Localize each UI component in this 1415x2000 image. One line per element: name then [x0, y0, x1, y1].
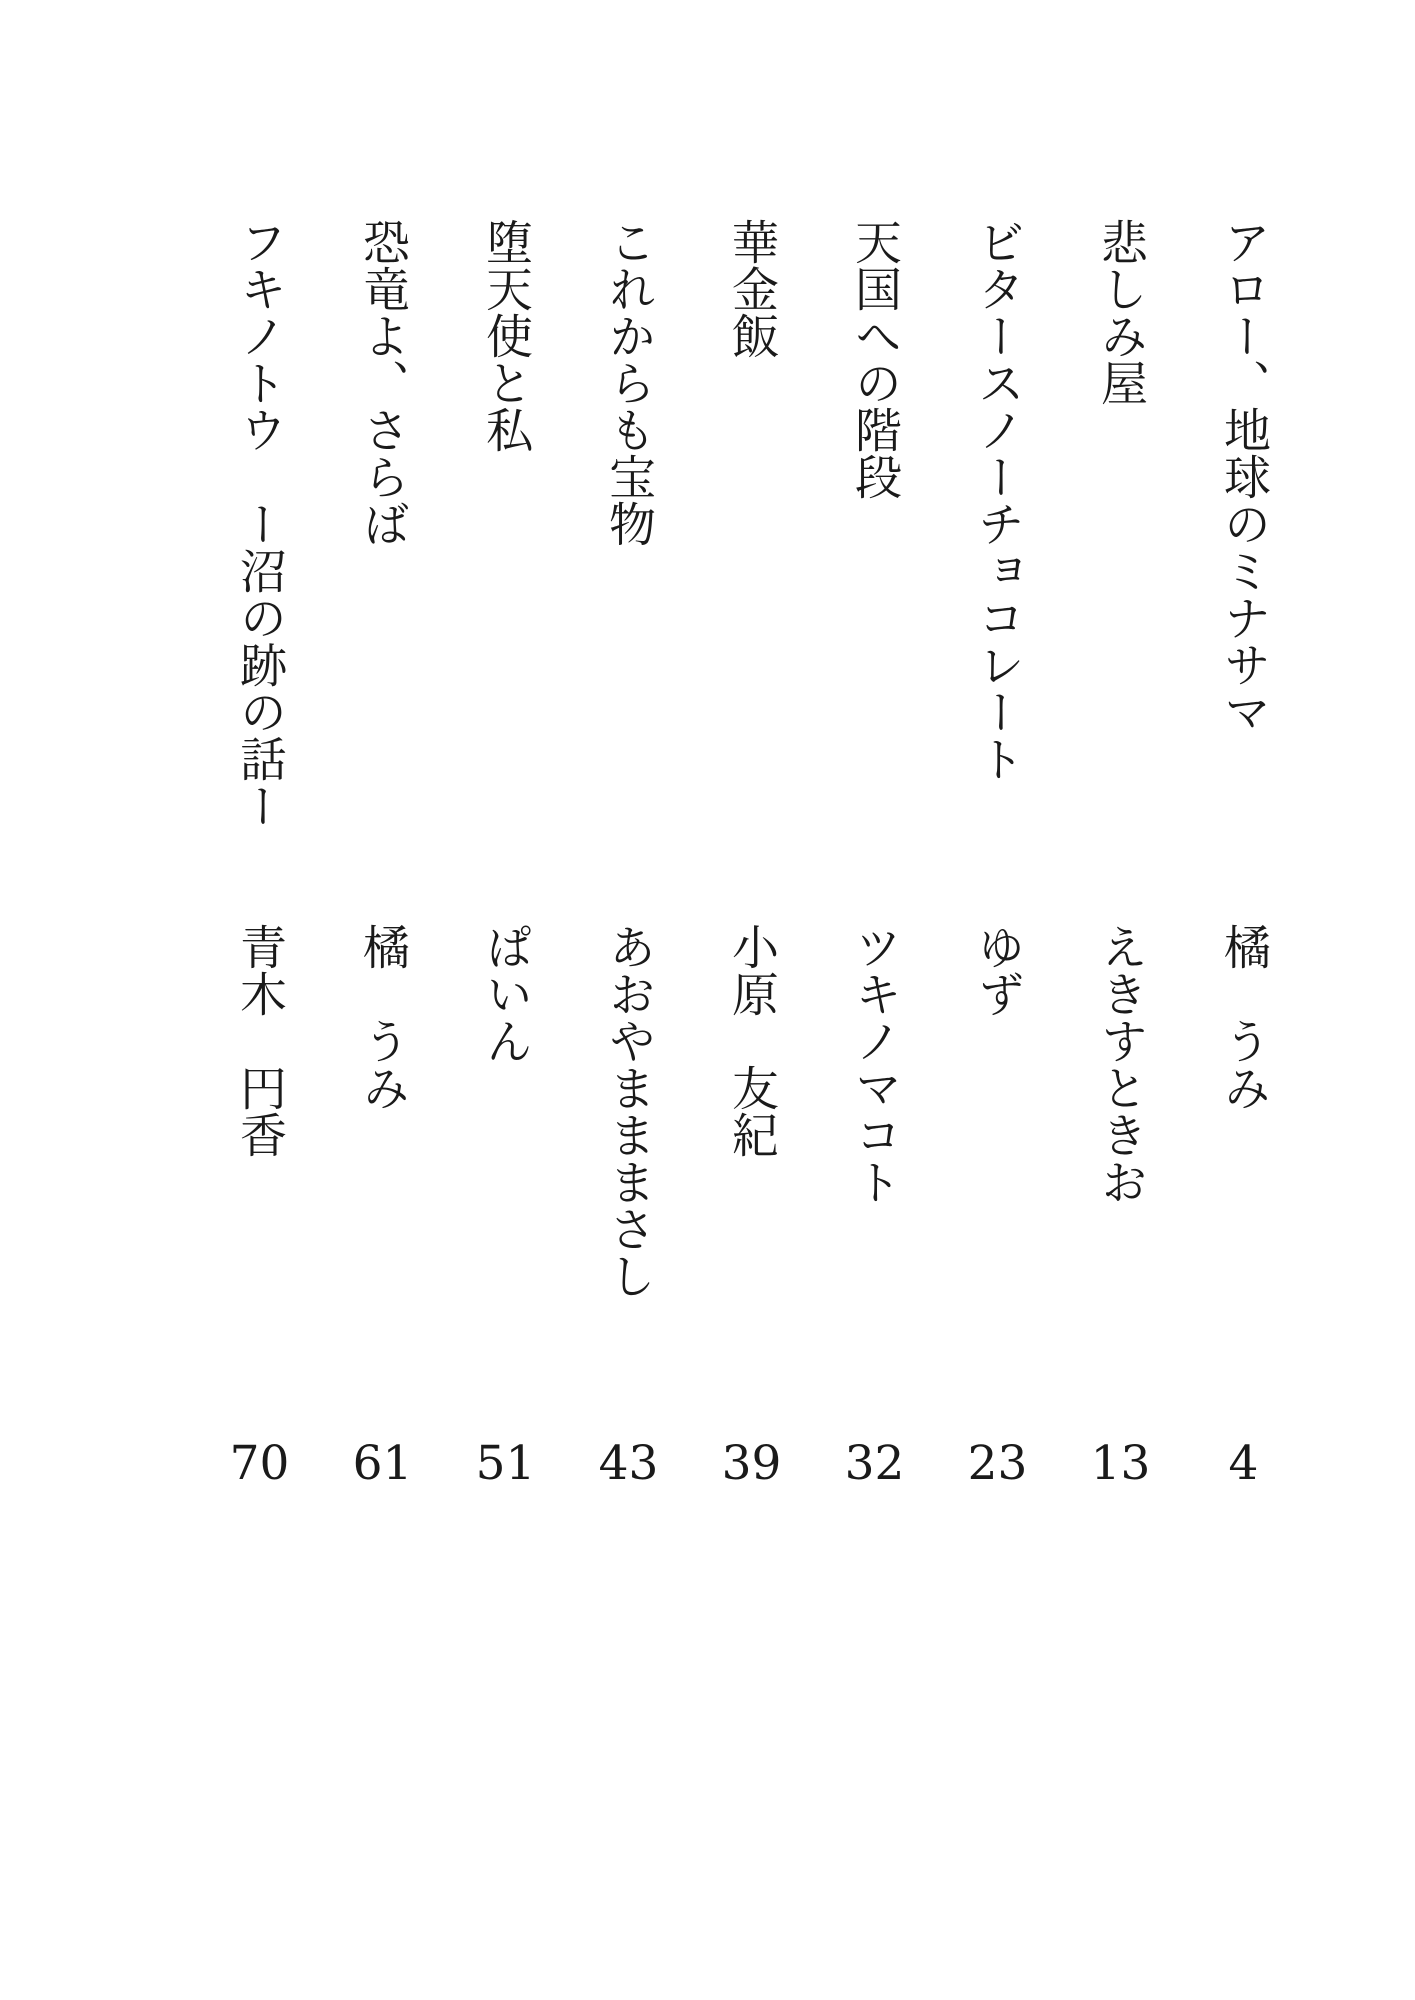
toc-entry-title: アロー、地球のミナサマ — [1220, 218, 1267, 735]
toc-entry-title: 悲しみ屋 — [1097, 218, 1144, 406]
toc-entry-title: 華金飯 — [728, 218, 775, 359]
toc-entry-title: これからも宝物 — [605, 218, 652, 547]
toc-entry-page: 70 — [185, 1440, 335, 1487]
toc-entry-author: えきすときお — [1097, 923, 1144, 1205]
toc-entry-title: 堕天使と私 — [482, 218, 529, 453]
toc-entry-author: 青木 円香 — [236, 923, 283, 1158]
toc-entry-author: ツキノマコト — [851, 923, 898, 1205]
toc-entry: 天国への階段 ツキノマコト 32 — [851, 0, 898, 2000]
toc-entry-title: フキノトウ ー沼の跡の話ー — [236, 218, 283, 829]
toc-entry: アロー、地球のミナサマ 橘 うみ 4 — [1220, 0, 1267, 2000]
toc-entry: 堕天使と私 ぱいん 51 — [482, 0, 529, 2000]
toc-entry: ビタースノーチョコレート ゆず 23 — [974, 0, 1021, 2000]
toc-entry-author: 橘 うみ — [359, 923, 406, 1111]
toc-entry-author: ぱいん — [482, 923, 529, 1064]
toc-columns: アロー、地球のミナサマ 橘 うみ 4 悲しみ屋 えきすときお 13 ビタースノー… — [236, 0, 1267, 2000]
toc-entry-title: 天国への階段 — [851, 218, 898, 500]
toc-entry-title: 恐竜よ、さらば — [359, 218, 406, 547]
toc-entry: 恐竜よ、さらば 橘 うみ 61 — [359, 0, 406, 2000]
toc-entry: フキノトウ ー沼の跡の話ー 青木 円香 70 — [236, 0, 283, 2000]
toc-entry-author: ゆず — [974, 923, 1021, 1017]
toc-entry-author: 橘 うみ — [1220, 923, 1267, 1111]
toc-entry: これからも宝物 あおやまままさし 43 — [605, 0, 652, 2000]
toc-entry: 華金飯 小原 友紀 39 — [728, 0, 775, 2000]
toc-entry: 悲しみ屋 えきすときお 13 — [1097, 0, 1144, 2000]
toc-page: アロー、地球のミナサマ 橘 うみ 4 悲しみ屋 えきすときお 13 ビタースノー… — [0, 0, 1415, 2000]
toc-entry-author: あおやまままさし — [605, 923, 652, 1299]
toc-entry-title: ビタースノーチョコレート — [974, 218, 1021, 782]
toc-entry-author: 小原 友紀 — [728, 923, 775, 1158]
